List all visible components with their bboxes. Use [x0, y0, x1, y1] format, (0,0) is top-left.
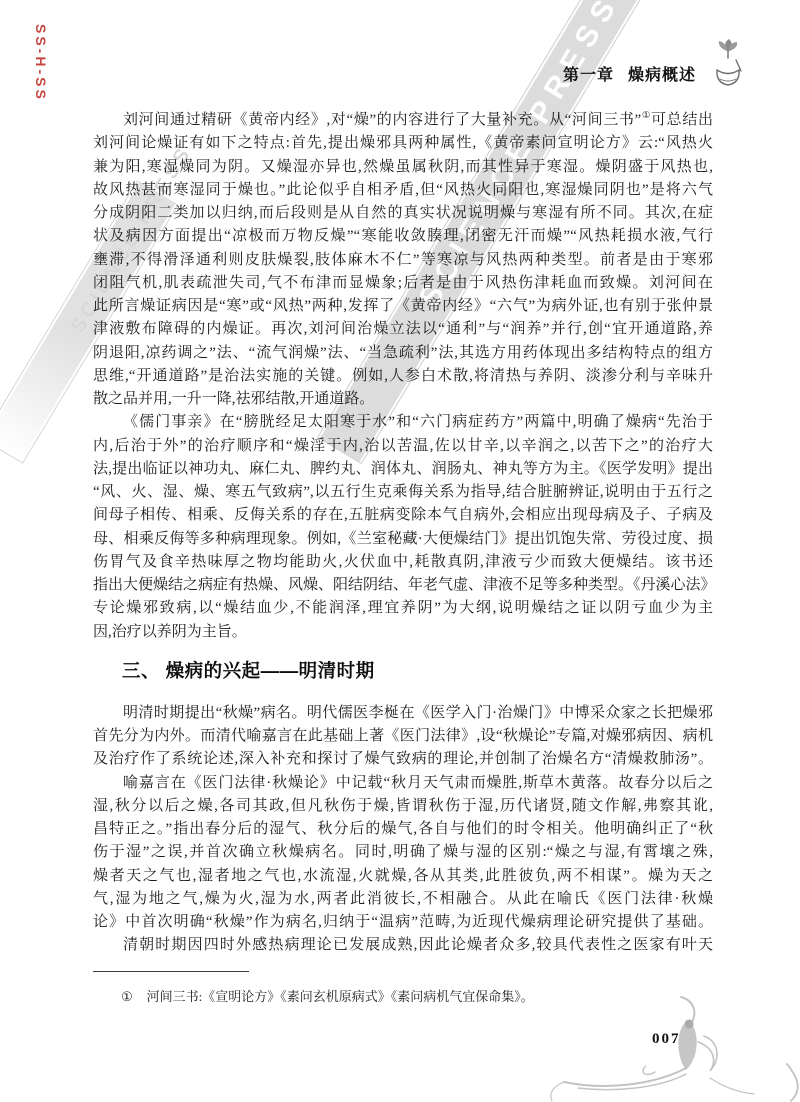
text-line: 伤胃气及食辛热味厚之物均能助火,火伏血中,耗散真阴,津液亏少而致大便燥结。该书还	[93, 551, 713, 574]
text-line: 分成阴阳二类加以归纳,而后段则是从自然的真实状况说明燥与寒湿有所不同。其次,在症	[93, 202, 713, 225]
book-page: SCIENCE PRESS SCIENCE PRESS SS-H-SS 第一章 …	[0, 0, 800, 1102]
section-heading: 三、 燥病的兴起——明清时期	[122, 659, 713, 683]
text-line: 气,湿为地之气,燥为火,湿为水,两者此消彼长,不相融合。从此在喻氏《医门法律·秋…	[93, 888, 713, 911]
text-line: 指出大便燥结之病症有热燥、风燥、阳结阴结、年老气虚、津液不足等多种类型。《丹溪心…	[93, 574, 713, 597]
text-line: 间母子相传、相乘、反侮关系的存在,五脏病变除本气自病外,会相应出现母病及子、子病…	[93, 504, 713, 527]
paragraph: 刘河间通过精研《黄帝内经》,对“燥”的内容进行了大量补充。从“河间三书”①可总结…	[93, 109, 713, 411]
text-line: 状及病因方面提出“凉极而万物反燥”“寒能收敛腠理,闭密无汗而燥”“风热耗损水液,…	[93, 225, 713, 248]
text-line: 刘河间论燥证有如下之特点:首先,提出燥邪具两种属性,《黄帝素问宣明论方》云:“风…	[93, 132, 713, 155]
text-line: 散之品并用,一升一降,祛邪结散,开通道路。	[93, 388, 713, 411]
text-line: 因,治疗以养阴为主旨。	[93, 621, 713, 644]
text-line: 故风热甚而寒湿同于燥也。”此论似乎自相矛盾,但“风热火同阳也,寒湿燥同阴也”是将…	[93, 179, 713, 202]
chapter-heading: 第一章 燥病概述	[563, 44, 696, 85]
paragraph: 《儒门事亲》在“膀胱经足太阳寒于水”和“六门病症药方”两篇中,明确了燥病“先治于…	[93, 411, 713, 644]
footnote-text: 河间三书:《宣明论方》《素问玄机原病式》《素问病机气宜保命集》。	[147, 989, 534, 1004]
text-line: 津液敷布障碍的内燥证。再次,刘河间治燥立法以“通利”与“润养”并行,创“宜开通道…	[93, 318, 713, 341]
herb-mortar-icon	[708, 38, 748, 90]
text-line: 闭阻气机,肌表疏泄失司,气不布津而显燥象;后者是由于风热伤津耗血而致燥。刘河间在	[93, 272, 713, 295]
text-line: 母、相乘反侮等多种病理现象。例如,《兰室秘藏·大便燥结门》提出饥饱失常、劳役过度…	[93, 528, 713, 551]
text-line: 刘河间通过精研《黄帝内经》,对“燥”的内容进行了大量补充。从“河间三书”①可总结…	[93, 109, 713, 132]
footnote-ref: ①	[641, 111, 651, 121]
text-line: 清朝时期因四时外感热病理论已发展成熟,因此论燥者众多,较具代表性之医家有叶天	[93, 934, 713, 957]
text-line: 首先分为内外。而清代喻嘉言在此基础上著《医门法律》,设“秋燥论”专篇,对燥邪病因…	[93, 725, 713, 748]
text-line: 内,后治于外”的治疗顺序和“燥淫于内,治以苦温,佐以甘辛,以辛润之,以苦下之”的…	[93, 435, 713, 458]
text-line: 论》中首次明确“秋燥”作为病名,归纳于“温病”范畴,为近现代燥病理论研究提供了基…	[93, 911, 713, 934]
paragraph: 清朝时期因四时外感热病理论已发展成熟,因此论燥者众多,较具代表性之医家有叶天	[93, 934, 713, 957]
text-line: 法,提出临证以神功丸、麻仁丸、脾约丸、润体丸、润肠丸、神丸等方为主。《医学发明》…	[93, 458, 713, 481]
text-line: 昌特正之。”指出春分后的湿气、秋分后的燥气,各自与他们的时令相关。他明确纠正了“…	[93, 818, 713, 841]
text-line: 伤于湿”之误,并首次确立秋燥病名。同时,明确了燥与湿的区别:“燥之与湿,有霄壤之…	[93, 841, 713, 864]
chapter-label: 第一章	[563, 62, 614, 85]
footnote-rule	[93, 971, 249, 972]
red-edge-stamp: SS-H-SS	[33, 24, 49, 102]
paragraph: 明清时期提出“秋燥”病名。明代儒医李梴在《医学入门·治燥门》中博采众家之长把燥邪…	[93, 702, 713, 772]
text-line: 此所言燥证病因是“寒”或“风热”两种,发挥了《黄帝内经》“六气”为病外证,也有别…	[93, 295, 713, 318]
text-line: 思维,“开通道路”是治法实施的关键。例如,人参白术散,将清热与养阴、淡渗分利与辛…	[93, 365, 713, 388]
text-line: 及治疗作了系统论述,深入补充和探讨了燥气致病的理论,并创制了治燥名方“清燥救肺汤…	[93, 748, 713, 771]
body-content: 刘河间通过精研《黄帝内经》,对“燥”的内容进行了大量补充。从“河间三书”①可总结…	[93, 109, 713, 958]
chapter-title: 燥病概述	[628, 62, 696, 85]
text-line: “风、火、湿、燥、寒五气致病”,以五行生克乘侮关系为指导,结合脏腑辨证,说明由于…	[93, 481, 713, 504]
text-line: 兼为阳,寒湿燥同为阴。又燥湿亦异也,然燥虽属秋阴,而其性异于寒湿。燥阴盛于风热也…	[93, 156, 713, 179]
text-line: 阴退阳,凉药调之”法、“流气润燥”法、“当急疏利”法,其选方用药体现出多结构特点…	[93, 342, 713, 365]
paragraph: 喻嘉言在《医门法律·秋燥论》中记载“秋月天气肃而燥胜,斯草木黄落。故春分以后之湿…	[93, 772, 713, 935]
text-line: 壅滞,不得滑泽通利则皮肤燥裂,肢体麻木不仁”等寒凉与风热两种类型。前者是由于寒邪	[93, 249, 713, 272]
text-line: 燥者天之气也,湿者地之气也,水流湿,火就燥,各从其类,此胜彼负,两不相谋”。燥为…	[93, 865, 713, 888]
footnote-block: ①河间三书:《宣明论方》《素问玄机原病式》《素问病机气宜保命集》。	[93, 971, 713, 1005]
text-line: 湿,秋分以后之燥,各司其政,但凡秋伤于燥,皆谓秋伤于湿,历代诸贤,随文作解,弗察…	[93, 795, 713, 818]
footnote-marker: ①	[121, 989, 133, 1004]
running-head: 第一章 燥病概述	[563, 38, 748, 90]
text-line: 喻嘉言在《医门法律·秋燥论》中记载“秋月天气肃而燥胜,斯草木黄落。故春分以后之	[93, 772, 713, 795]
text-line: 明清时期提出“秋燥”病名。明代儒医李梴在《医学入门·治燥门》中博采众家之长把燥邪	[93, 702, 713, 725]
text-line: 《儒门事亲》在“膀胱经足太阳寒于水”和“六门病症药方”两篇中,明确了燥病“先治于	[93, 411, 713, 434]
footnote-line: ①河间三书:《宣明论方》《素问玄机原病式》《素问病机气宜保命集》。	[93, 986, 713, 1005]
page-number: 007	[652, 1031, 681, 1048]
text-line: 专论燥邪致病,以“燥结血少,不能润泽,理宜养阴”为大纲,说明燥结之证以阴亏血少为…	[93, 597, 713, 620]
